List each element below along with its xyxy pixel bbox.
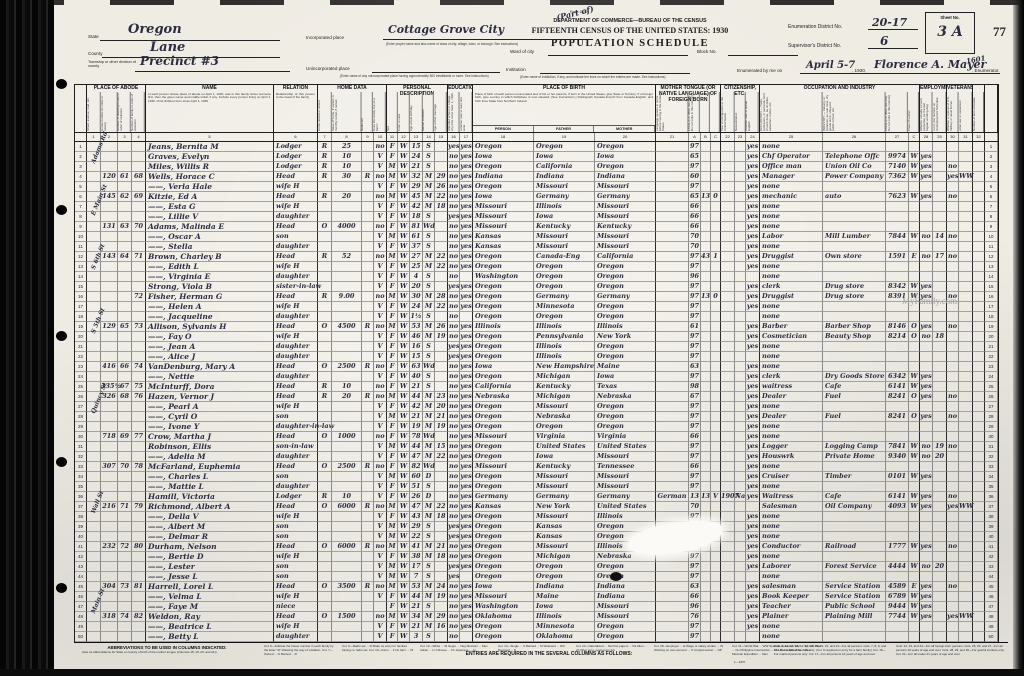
cell: 21 bbox=[410, 622, 423, 632]
cell: Head bbox=[274, 542, 318, 552]
abbrev-col: Col. 6—Indicate the house number in each… bbox=[264, 645, 336, 657]
cell bbox=[973, 242, 985, 252]
cell bbox=[959, 282, 973, 292]
cell bbox=[973, 372, 985, 382]
cell: Oregon bbox=[595, 352, 656, 362]
cell: Telephone Offc bbox=[823, 152, 886, 162]
cell: 21 bbox=[410, 412, 423, 422]
cell bbox=[711, 452, 721, 462]
cell: M bbox=[387, 562, 398, 572]
cell bbox=[435, 212, 448, 222]
cell: Hamill, Victoria bbox=[146, 492, 274, 502]
cell: 29 bbox=[410, 522, 423, 532]
state-label: State bbox=[88, 34, 99, 39]
cell bbox=[973, 522, 985, 532]
cell bbox=[118, 422, 132, 432]
line-number: 44 bbox=[985, 572, 998, 582]
cell bbox=[656, 352, 689, 362]
cell: Virginia bbox=[534, 432, 595, 442]
column-subheader: Value of home, if owned, or monthly rent… bbox=[332, 92, 362, 132]
cell bbox=[656, 252, 689, 262]
cell bbox=[711, 362, 721, 372]
cell: 20 bbox=[410, 282, 423, 292]
cell: 42 bbox=[410, 202, 423, 212]
birthplace-subcol: FATHER bbox=[534, 126, 595, 132]
cell: yes bbox=[920, 322, 933, 332]
census-scan-page: Form 15-6 DEPARTMENT OF COMMERCE—BUREAU … bbox=[0, 0, 1024, 676]
cell: yes bbox=[746, 242, 760, 252]
institution-fine: (Enter name of institution, if any, and … bbox=[520, 75, 700, 79]
cell bbox=[973, 432, 985, 442]
line-number: 15 bbox=[75, 282, 87, 292]
cell: United States bbox=[595, 442, 656, 452]
line-number: 4 bbox=[985, 172, 998, 182]
cell: Allison, Sylvanis H bbox=[146, 322, 274, 332]
cell: ——, Nettie bbox=[146, 372, 274, 382]
cell bbox=[721, 212, 735, 222]
group-label: PLACE OF ABODE bbox=[87, 85, 145, 92]
cell bbox=[823, 532, 886, 542]
table-group-header: PLACE OF ABODEStreet, avenue, road, etc.… bbox=[75, 85, 998, 133]
cell bbox=[735, 142, 746, 152]
cell bbox=[435, 362, 448, 372]
cell bbox=[87, 572, 101, 582]
cell: W bbox=[909, 592, 920, 602]
cell: Miles, Willis R bbox=[146, 162, 274, 172]
cell bbox=[973, 182, 985, 192]
cell bbox=[947, 452, 959, 462]
cell: 97 bbox=[689, 372, 701, 382]
cell bbox=[362, 342, 374, 352]
column-group bbox=[75, 85, 87, 133]
cell: yes bbox=[460, 432, 473, 442]
cell bbox=[132, 372, 146, 382]
cell: M bbox=[387, 252, 398, 262]
line-number: 38 bbox=[985, 512, 998, 522]
cell bbox=[101, 412, 118, 422]
column-group: EMPLOYMENTWhether actually at work yeste… bbox=[920, 85, 947, 133]
cell bbox=[735, 382, 746, 392]
cell bbox=[721, 372, 735, 382]
cell: yes bbox=[746, 372, 760, 382]
cell bbox=[823, 242, 886, 252]
cell bbox=[735, 302, 746, 312]
cell: W bbox=[398, 192, 410, 202]
cell bbox=[132, 472, 146, 482]
cell: no bbox=[374, 392, 387, 402]
cell bbox=[959, 292, 973, 302]
enumerated-label: Enumerated by me on bbox=[737, 68, 782, 73]
line-number: 14 bbox=[985, 272, 998, 282]
cell bbox=[933, 472, 947, 482]
cell: Missouri bbox=[595, 452, 656, 462]
cell: Head bbox=[274, 612, 318, 622]
cell bbox=[362, 282, 374, 292]
table-row: 453047381Harrell, Lorel LHeadO3500RnoMW5… bbox=[75, 582, 998, 592]
cell: F bbox=[387, 152, 398, 162]
cell: Illinois bbox=[473, 322, 534, 332]
cell: R bbox=[318, 172, 332, 182]
cell bbox=[711, 342, 721, 352]
cell bbox=[973, 252, 985, 262]
cell bbox=[332, 632, 362, 642]
cell bbox=[87, 282, 101, 292]
cell: Oregon bbox=[473, 352, 534, 362]
cell bbox=[362, 412, 374, 422]
cell bbox=[973, 532, 985, 542]
cell bbox=[909, 422, 920, 432]
cell: F bbox=[387, 242, 398, 252]
cell: yes bbox=[746, 252, 760, 262]
cell bbox=[721, 502, 735, 512]
cell: no bbox=[374, 172, 387, 182]
column-number: 5 bbox=[146, 133, 274, 141]
cell bbox=[101, 452, 118, 462]
cell: 10 bbox=[332, 492, 362, 502]
cell: M bbox=[423, 452, 435, 462]
cell bbox=[656, 212, 689, 222]
column-subheader bbox=[700, 92, 710, 132]
cell: Labor bbox=[760, 232, 823, 242]
cell: Oregon bbox=[595, 422, 656, 432]
cell bbox=[735, 372, 746, 382]
cell bbox=[318, 412, 332, 422]
cell: yes bbox=[460, 562, 473, 572]
incorporated-line bbox=[383, 26, 593, 40]
cell: yes bbox=[920, 172, 933, 182]
cell: no bbox=[448, 332, 460, 342]
cell bbox=[318, 572, 332, 582]
cell: no bbox=[920, 452, 933, 462]
cell bbox=[947, 482, 959, 492]
cell: 44 bbox=[410, 592, 423, 602]
cell: Maine bbox=[534, 592, 595, 602]
cell: Oregon bbox=[473, 312, 534, 322]
cell: Oregon bbox=[473, 532, 534, 542]
cell: no bbox=[448, 402, 460, 412]
cell bbox=[886, 312, 909, 322]
cell: yes bbox=[746, 232, 760, 242]
block-label: Block No. bbox=[697, 49, 717, 54]
cell: Oregon bbox=[534, 262, 595, 272]
cell: R bbox=[318, 392, 332, 402]
cell bbox=[435, 242, 448, 252]
cell bbox=[721, 352, 735, 362]
cell bbox=[118, 182, 132, 192]
cell: no bbox=[448, 232, 460, 242]
cell: 67 bbox=[118, 382, 132, 392]
cell: M bbox=[423, 182, 435, 192]
cell bbox=[909, 182, 920, 192]
cell bbox=[721, 552, 735, 562]
line-number: 19 bbox=[75, 322, 87, 332]
cell: Germany bbox=[595, 292, 656, 302]
cell: Pennsylvania bbox=[534, 332, 595, 342]
cell bbox=[735, 602, 746, 612]
ed-label: Enumeration District No. bbox=[788, 24, 842, 30]
cell bbox=[973, 232, 985, 242]
cell bbox=[362, 632, 374, 642]
column-number: 32 bbox=[973, 133, 985, 141]
cell bbox=[973, 332, 985, 342]
cell: M bbox=[423, 252, 435, 262]
cell: none bbox=[760, 512, 823, 522]
cell bbox=[701, 312, 711, 322]
cell bbox=[711, 162, 721, 172]
cell: 60 bbox=[689, 172, 701, 182]
cell: Druggist bbox=[760, 252, 823, 262]
cell: auto bbox=[823, 192, 886, 202]
cell: yes bbox=[460, 542, 473, 552]
column-subheader: If not, line number on Unemployment Sche… bbox=[933, 92, 946, 132]
cell bbox=[701, 452, 711, 462]
cell bbox=[118, 482, 132, 492]
cell: Oregon bbox=[473, 632, 534, 642]
cell: Missouri bbox=[595, 472, 656, 482]
cell: California bbox=[534, 162, 595, 172]
table-row: 307186977Crow, Martha JHeadO1000noFW78Wd… bbox=[75, 432, 998, 442]
column-group: OCCUPATION AND INDUSTRYOCCUPATION — Trad… bbox=[760, 85, 920, 133]
cell bbox=[460, 272, 473, 282]
column-number: 20 bbox=[595, 133, 656, 141]
cell bbox=[656, 502, 689, 512]
cell: 97 bbox=[689, 342, 701, 352]
cell: M bbox=[387, 172, 398, 182]
line-number: 34 bbox=[75, 472, 87, 482]
cell: no bbox=[947, 542, 959, 552]
footer-block: Cols. 22, 23, and 24—For all foreign-bor… bbox=[896, 645, 1008, 657]
cell bbox=[362, 522, 374, 532]
column-group bbox=[985, 85, 998, 133]
cell: 60 bbox=[410, 472, 423, 482]
cell bbox=[118, 242, 132, 252]
cell: yes bbox=[746, 562, 760, 572]
cell: 4589 bbox=[886, 582, 909, 592]
cell bbox=[711, 432, 721, 442]
cell: no bbox=[947, 442, 959, 452]
cell: ——, Jean A bbox=[146, 342, 274, 352]
cell: New Hampshire bbox=[534, 362, 595, 372]
cell bbox=[711, 542, 721, 552]
cell bbox=[909, 552, 920, 562]
cell: 97 bbox=[689, 412, 701, 422]
cell bbox=[87, 452, 101, 462]
cell bbox=[318, 452, 332, 462]
cell: F bbox=[387, 402, 398, 412]
cell: S bbox=[423, 342, 435, 352]
cell: O bbox=[318, 462, 332, 472]
cell: Oregon bbox=[595, 572, 656, 582]
cell: yes bbox=[460, 502, 473, 512]
cell: Oregon bbox=[534, 142, 595, 152]
cell bbox=[711, 282, 721, 292]
cell: M bbox=[423, 202, 435, 212]
cell: no bbox=[448, 492, 460, 502]
cell bbox=[435, 462, 448, 472]
cell: no bbox=[448, 452, 460, 462]
cell bbox=[362, 382, 374, 392]
cell: Service Station bbox=[823, 592, 886, 602]
cell: no bbox=[448, 462, 460, 472]
cell bbox=[973, 622, 985, 632]
cell bbox=[118, 292, 132, 302]
cell: S bbox=[423, 312, 435, 322]
cell: Iowa bbox=[534, 452, 595, 462]
column-number: 29 bbox=[933, 133, 947, 141]
cell bbox=[909, 342, 920, 352]
unincorporated-fine: (Enter name of any unincorporated place … bbox=[340, 74, 520, 78]
cell: 18 bbox=[435, 552, 448, 562]
cell bbox=[973, 162, 985, 172]
cell: M bbox=[423, 422, 435, 432]
cell bbox=[735, 622, 746, 632]
cell: Head bbox=[274, 192, 318, 202]
cell: Conductor bbox=[760, 542, 823, 552]
cell: no bbox=[448, 482, 460, 492]
cell: 68 bbox=[132, 172, 146, 182]
cell bbox=[959, 372, 973, 382]
cell bbox=[959, 622, 973, 632]
cell bbox=[132, 352, 146, 362]
cell: Drug store bbox=[823, 292, 886, 302]
line-number: 33 bbox=[985, 462, 998, 472]
cell bbox=[721, 592, 735, 602]
cell bbox=[959, 152, 973, 162]
cell bbox=[735, 292, 746, 302]
column-number-row: 123456789101112131415161718192021ABC2223… bbox=[75, 133, 998, 142]
cell: V bbox=[374, 552, 387, 562]
cell: W bbox=[398, 612, 410, 622]
table-row: 234166674VanDenburg, Mary AHeadO2500RnoF… bbox=[75, 362, 998, 372]
cell bbox=[735, 202, 746, 212]
institution-label: Institution bbox=[506, 67, 526, 72]
line-number: 46 bbox=[75, 592, 87, 602]
cell: Germany bbox=[534, 192, 595, 202]
cell: 65 bbox=[118, 322, 132, 332]
cell: son bbox=[274, 562, 318, 572]
cell bbox=[947, 222, 959, 232]
cell bbox=[947, 212, 959, 222]
cell: none bbox=[760, 362, 823, 372]
cell: none bbox=[760, 552, 823, 562]
cell bbox=[973, 442, 985, 452]
cell bbox=[735, 612, 746, 622]
cell: daughter-in-law bbox=[274, 422, 318, 432]
cell: Iowa bbox=[473, 582, 534, 592]
cell bbox=[823, 142, 886, 152]
column-subheader: Whether able to read and write bbox=[460, 92, 472, 132]
cell: F bbox=[387, 342, 398, 352]
group-label: PLACE OF BIRTH bbox=[473, 85, 655, 92]
cell bbox=[920, 512, 933, 522]
cell bbox=[701, 362, 711, 372]
cell bbox=[318, 602, 332, 612]
cell bbox=[735, 272, 746, 282]
cell: 52 bbox=[332, 252, 362, 262]
footer-block: ENTRIES ARE REQUIRED IN THE SEVERAL COLU… bbox=[464, 645, 634, 658]
cell: no bbox=[947, 162, 959, 172]
column-number: 31 bbox=[959, 133, 973, 141]
cell bbox=[721, 342, 735, 352]
cell: 22 bbox=[435, 452, 448, 462]
cell: M bbox=[387, 572, 398, 582]
cell: yes bbox=[746, 452, 760, 462]
cell bbox=[947, 272, 959, 282]
cell bbox=[711, 142, 721, 152]
cell bbox=[132, 152, 146, 162]
cell bbox=[823, 462, 886, 472]
cell bbox=[701, 582, 711, 592]
table-row: 2Graves, EvelynLodgerR10VFW24SnoyesIowaI… bbox=[75, 152, 998, 162]
cell: no bbox=[374, 582, 387, 592]
cell bbox=[933, 262, 947, 272]
cell: no bbox=[448, 542, 460, 552]
cell: no bbox=[448, 582, 460, 592]
group-subtext: Place of birth of each person enumerated… bbox=[473, 92, 655, 105]
cell: no bbox=[448, 372, 460, 382]
cell: 0101 bbox=[886, 472, 909, 482]
cell bbox=[711, 222, 721, 232]
line-number: 25 bbox=[75, 382, 87, 392]
cell bbox=[332, 622, 362, 632]
cell bbox=[701, 282, 711, 292]
cell bbox=[118, 312, 132, 322]
cell bbox=[711, 552, 721, 562]
cell: Oregon bbox=[595, 412, 656, 422]
cell bbox=[959, 142, 973, 152]
cell: Cafe bbox=[823, 382, 886, 392]
cell bbox=[746, 502, 760, 512]
cell bbox=[435, 282, 448, 292]
cell: Cosmetician bbox=[760, 332, 823, 342]
cell: Virginia bbox=[595, 432, 656, 442]
cell: 22 bbox=[435, 502, 448, 512]
cell bbox=[886, 532, 909, 542]
cell bbox=[118, 522, 132, 532]
line-number: 23 bbox=[75, 362, 87, 372]
cell: W bbox=[398, 622, 410, 632]
line-number: 40 bbox=[75, 532, 87, 542]
column-subheader bbox=[710, 92, 720, 132]
cell: Head bbox=[274, 462, 318, 472]
cell bbox=[362, 312, 374, 322]
cell: W bbox=[909, 152, 920, 162]
cell: Oregon bbox=[473, 542, 534, 552]
cell: Head bbox=[274, 392, 318, 402]
line-number: 11 bbox=[75, 242, 87, 252]
line-number: 3 bbox=[985, 162, 998, 172]
cell bbox=[656, 562, 689, 572]
cell bbox=[933, 382, 947, 392]
cell bbox=[933, 182, 947, 192]
cell: W bbox=[398, 602, 410, 612]
cell: United States bbox=[595, 502, 656, 512]
cell: Missouri bbox=[534, 542, 595, 552]
cell bbox=[118, 512, 132, 522]
cell: Iowa bbox=[534, 602, 595, 612]
cell: yes bbox=[460, 402, 473, 412]
cell: yes bbox=[460, 162, 473, 172]
cell: ——, Velma L bbox=[146, 592, 274, 602]
cell bbox=[947, 462, 959, 472]
cell: 74 bbox=[132, 362, 146, 372]
cell: daughter bbox=[274, 312, 318, 322]
line-number: 18 bbox=[985, 312, 998, 322]
cell bbox=[435, 342, 448, 352]
cell: no bbox=[374, 192, 387, 202]
line-number: 28 bbox=[75, 412, 87, 422]
cell bbox=[711, 412, 721, 422]
